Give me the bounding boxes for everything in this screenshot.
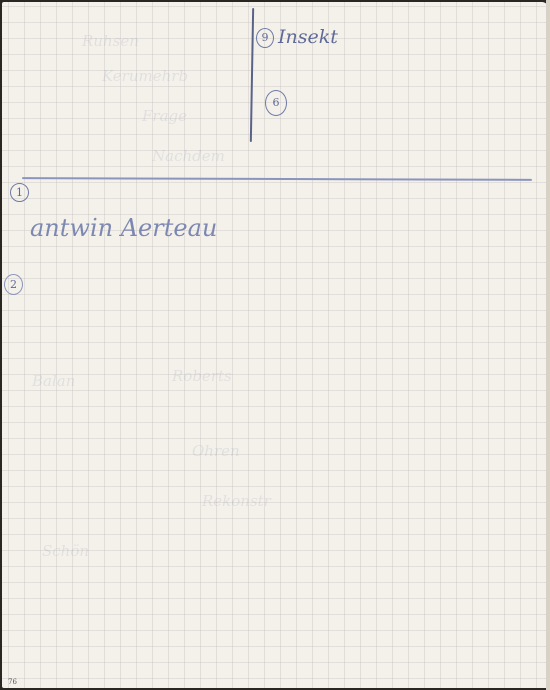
circled-marker-bottom: 6 bbox=[265, 90, 287, 116]
vertical-divider-line bbox=[250, 8, 254, 142]
show-through-text: Kerumehrb bbox=[102, 67, 188, 85]
show-through-text: Ohren bbox=[192, 442, 240, 460]
show-through-text: Ruhsen bbox=[82, 32, 139, 50]
show-through-text: Rekonstr bbox=[202, 492, 271, 510]
circled-marker-section-1: 1 bbox=[10, 183, 29, 202]
page-edge bbox=[546, 0, 550, 690]
show-through-text: Nachdem bbox=[152, 147, 225, 165]
horizontal-divider-line bbox=[22, 177, 532, 181]
show-through-text: Frage bbox=[142, 107, 187, 125]
show-through-text: Roberts bbox=[172, 367, 232, 385]
circled-marker-top: 9 bbox=[256, 28, 274, 48]
handwritten-note-top: Insekt bbox=[278, 26, 338, 48]
handwritten-name: antwin Aerteau bbox=[30, 214, 217, 242]
show-through-text: Schön bbox=[42, 542, 89, 560]
notebook-page: Ruhsen Kerumehrb Frage Nachdem Roberts B… bbox=[2, 2, 548, 688]
circled-marker-section-2: 2 bbox=[4, 274, 23, 295]
page-number: 76 bbox=[8, 678, 17, 686]
show-through-text: Balan bbox=[32, 372, 75, 390]
